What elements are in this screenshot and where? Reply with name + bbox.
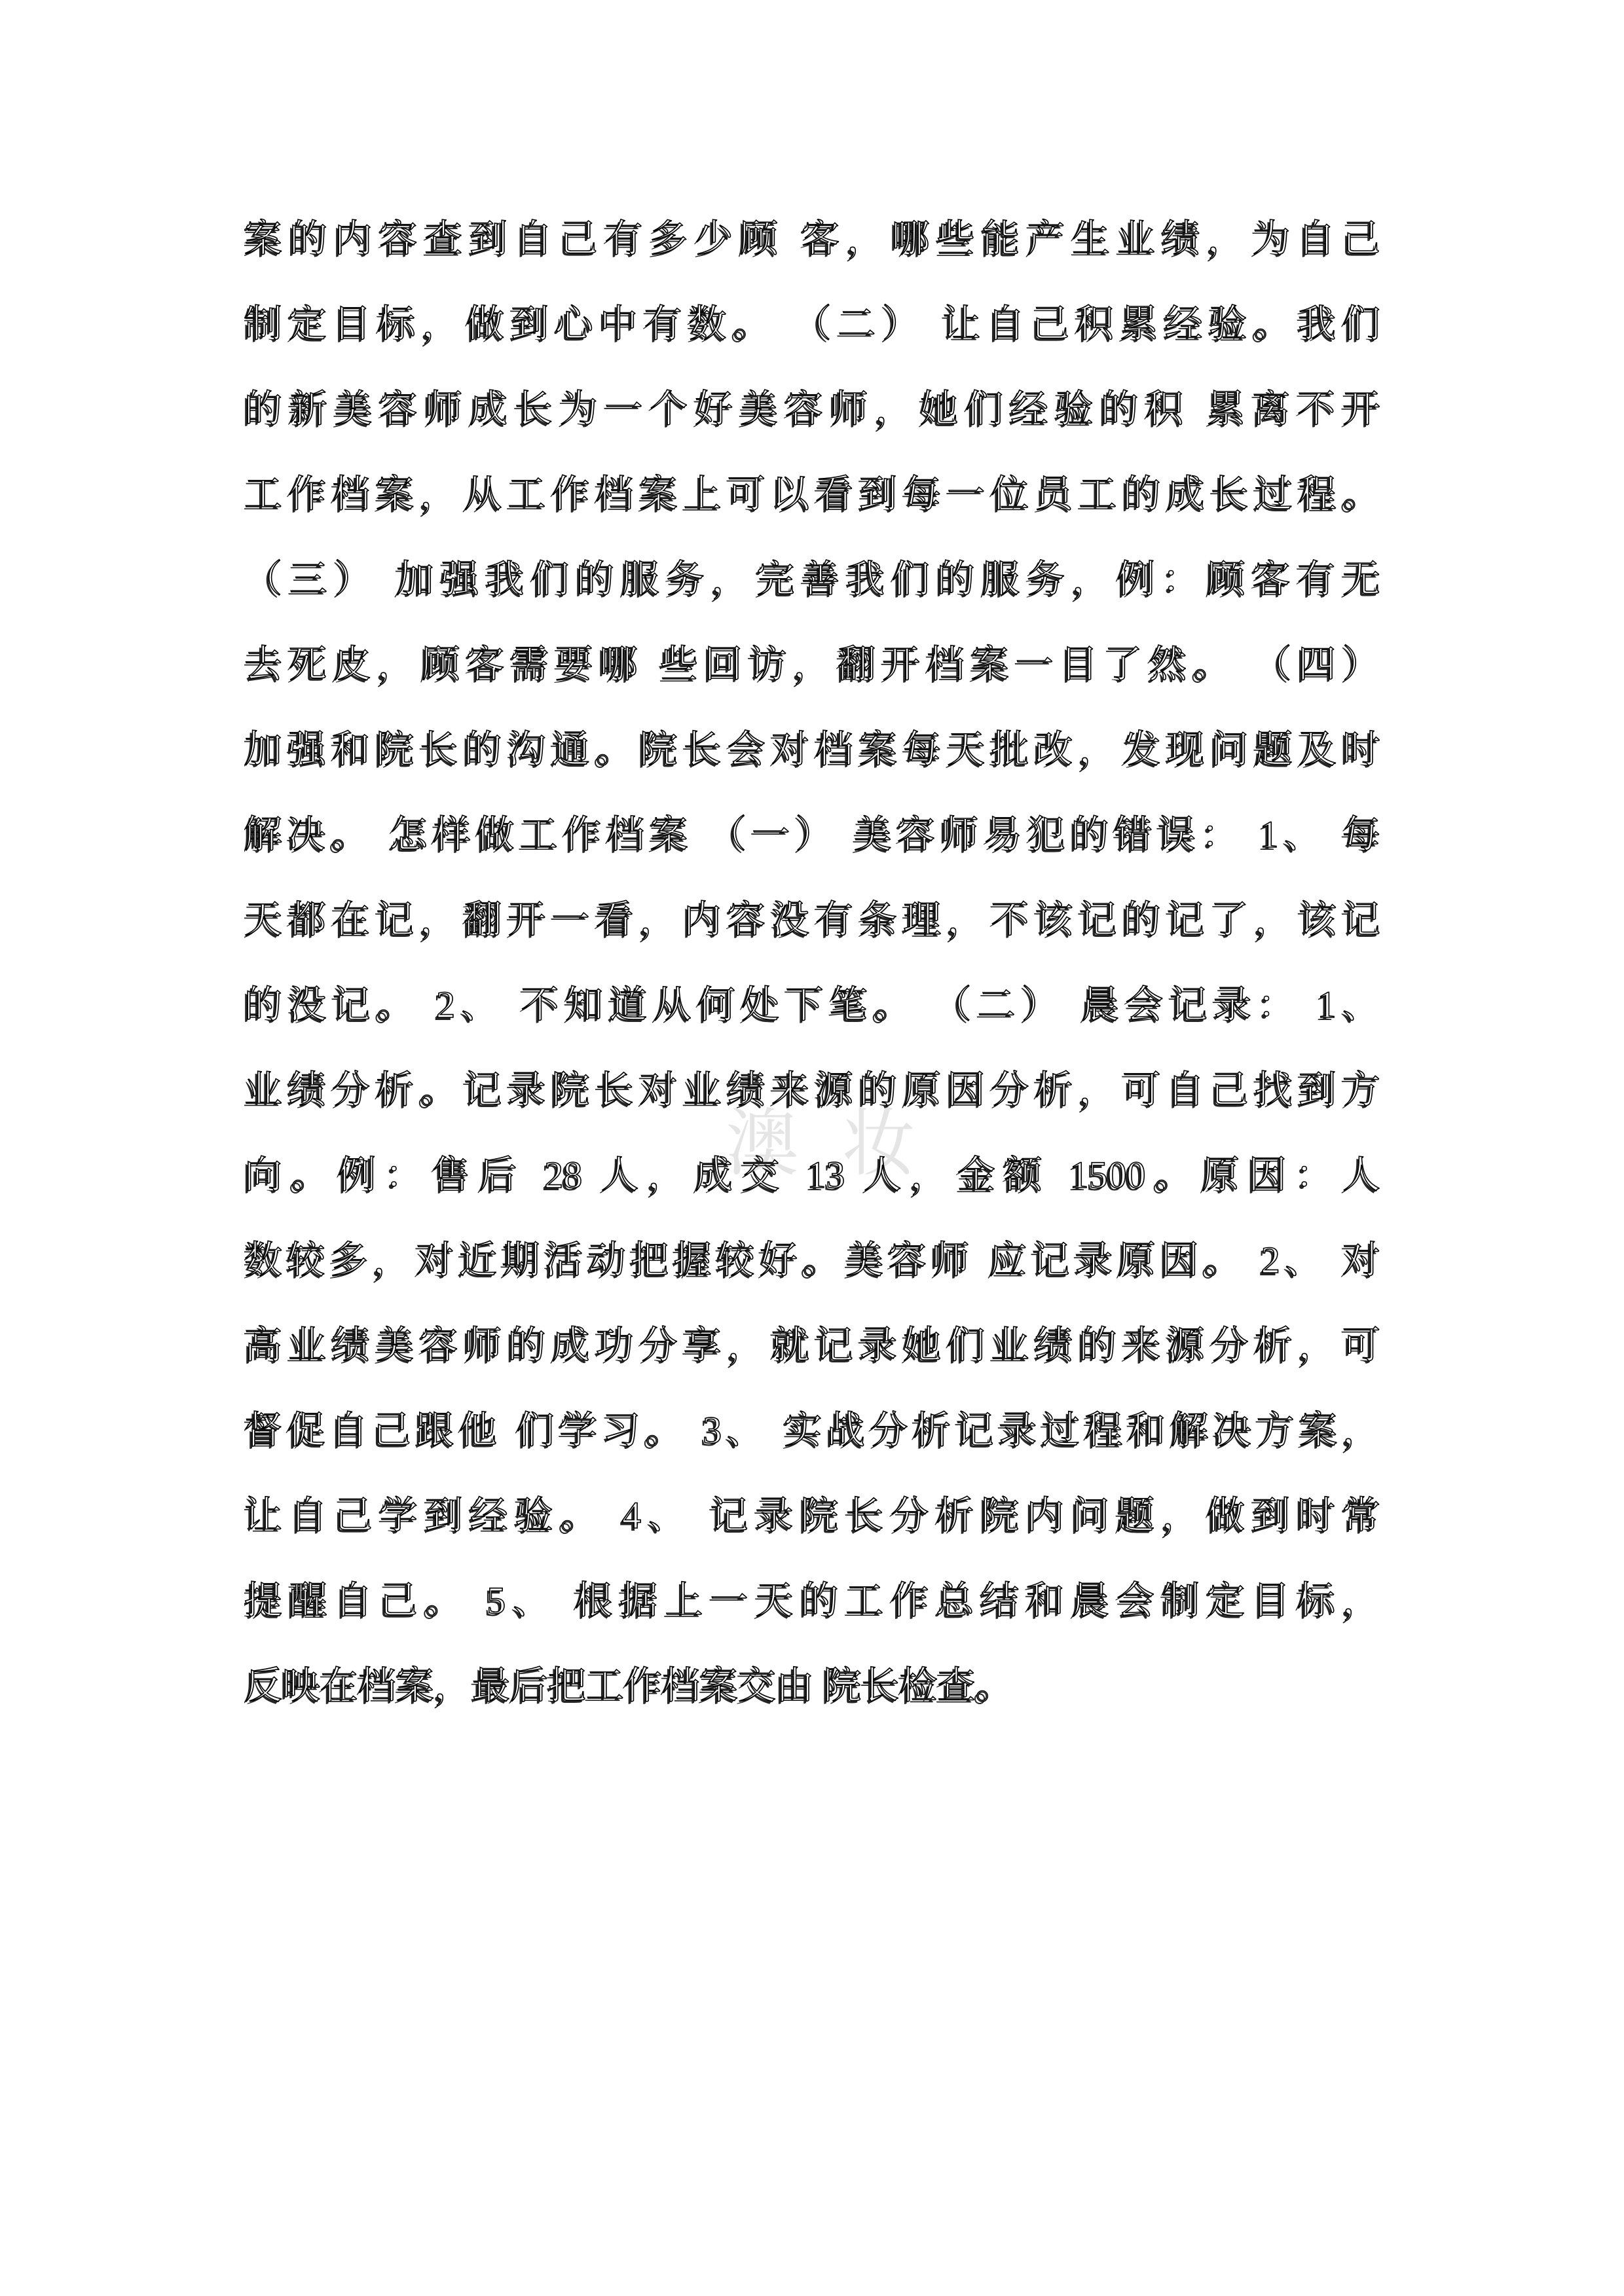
text-line: 提醒自己。 5、 根据上一天的工作总结和晨会制定目标， (244, 1558, 1380, 1643)
paragraph-text: 案的内容查到自己有多少顾 客，哪些能产生业绩，为自己 制定目标，做到心中有数。 … (244, 196, 1380, 1728)
text-line: 加强和院长的沟通。院长会对档案每天批改，发现问题及时 (244, 707, 1380, 792)
text-line: 工作档案，从工作档案上可以看到每一位员工的成长过程。 (244, 452, 1380, 537)
text-line: 解决。 怎样做工作档案 （一） 美容师易犯的错误： 1、 每 (244, 792, 1380, 877)
text-line: 业绩分析。记录院长对业绩来源的原因分析，可自己找到方 (244, 1048, 1380, 1133)
text-line: 的新美容师成长为一个好美容师，她们经验的积 累离不开 (244, 367, 1380, 452)
text-line: 反映在档案，最后把工作档案交由 院长检查。 (244, 1643, 1380, 1728)
text-line: 制定目标，做到心中有数。 （二） 让自己积累经验。我们 (244, 282, 1380, 367)
text-line: （三） 加强我们的服务，完善我们的服务，例：顾客有无 (244, 537, 1380, 622)
text-line: 案的内容查到自己有多少顾 客，哪些能产生业绩，为自己 (244, 196, 1380, 282)
text-line: 的没记。 2、 不知道从何处下笔。 （二） 晨会记录： 1、 (244, 962, 1380, 1048)
text-line: 督促自己跟他 们学习。 3、 实战分析记录过程和解决方案， (244, 1388, 1380, 1473)
text-line: 高业绩美容师的成功分享，就记录她们业绩的来源分析，可 (244, 1303, 1380, 1388)
document-page: 澳 妆 案的内容查到自己有多少顾 客，哪些能产生业绩，为自己 制定目标，做到心中… (0, 0, 1624, 2296)
text-line: 天都在记，翻开一看，内容没有条理，不该记的记了，该记 (244, 877, 1380, 962)
text-line: 让自己学到经验。 4、 记录院长分析院内问题，做到时常 (244, 1473, 1380, 1558)
text-line: 向。例：售后 28 人，成交 13 人，金额 1500。原因：人 (244, 1133, 1380, 1218)
text-line: 去死皮，顾客需要哪 些回访，翻开档案一目了然。 （四） (244, 622, 1380, 707)
text-line: 数较多，对近期活动把握较好。美容师 应记录原因。 2、 对 (244, 1218, 1380, 1303)
